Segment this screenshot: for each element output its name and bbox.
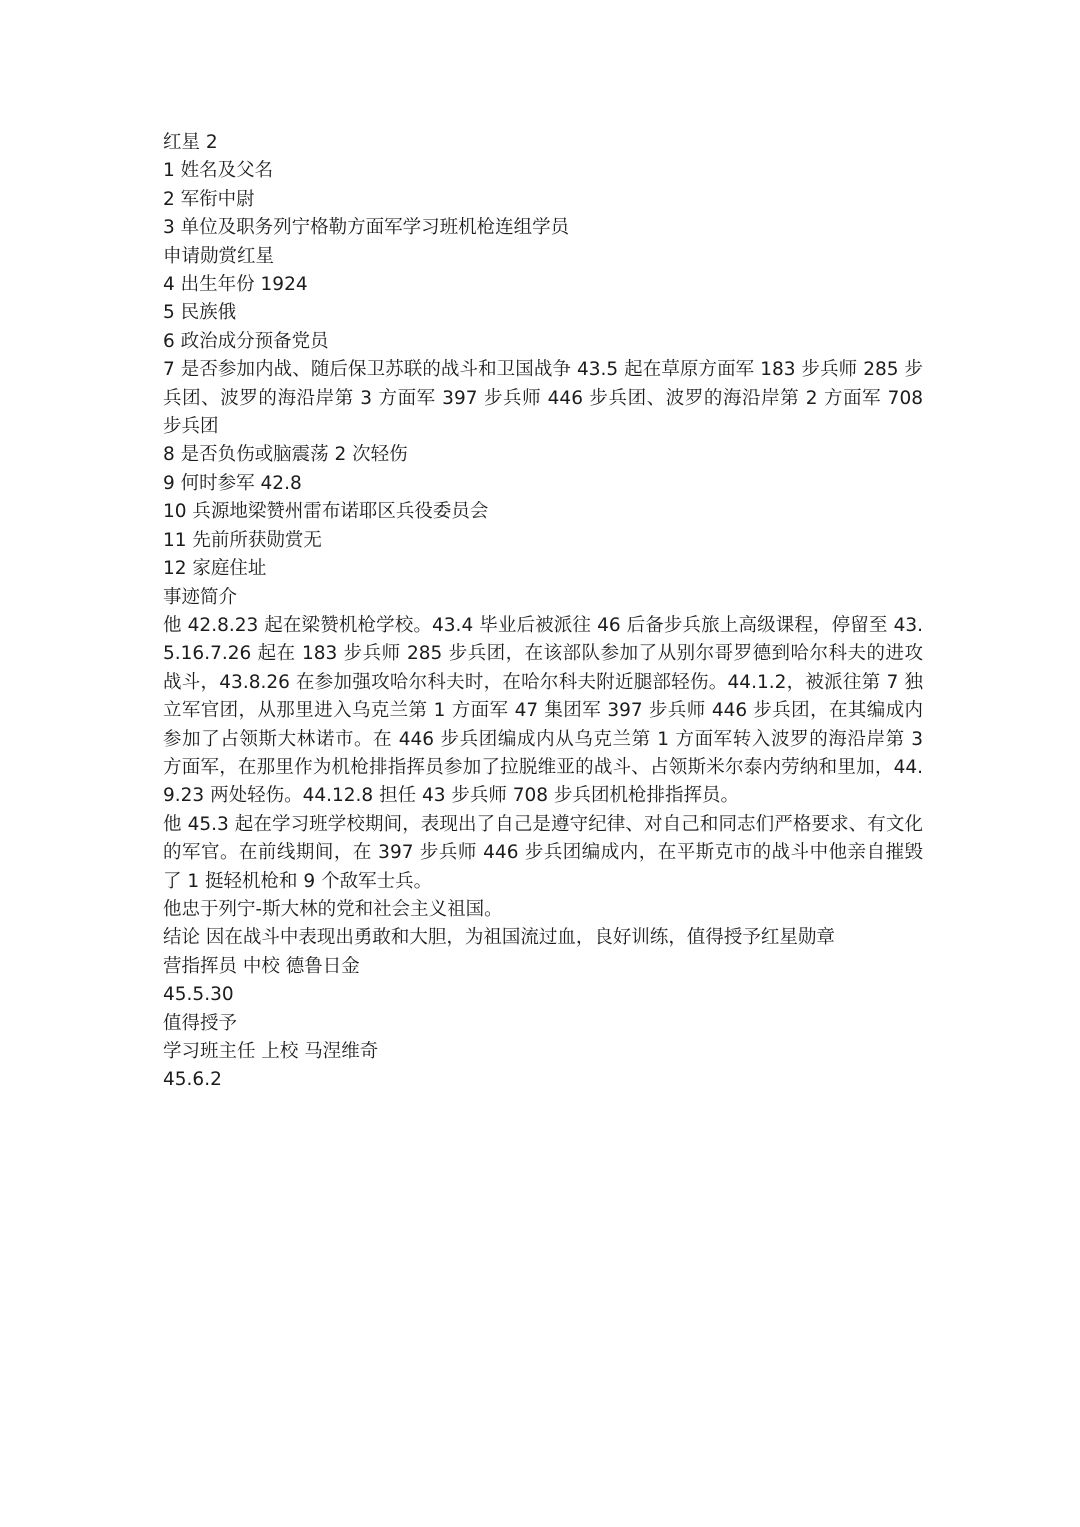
decision: 值得授予 [163, 1010, 923, 1038]
field-draft-office: 10 兵源地梁赞州雷布诺耶区兵役委员会 [163, 498, 923, 526]
award-request: 申请勋赏红星 [163, 243, 923, 271]
field-wounds: 8 是否负伤或脑震荡 2 次轻伤 [163, 441, 923, 469]
field-name: 1 姓名及父名 [163, 157, 923, 185]
document-title: 红星 2 [163, 129, 923, 157]
field-unit-position: 3 单位及职务列宁格勒方面军学习班机枪连组学员 [163, 214, 923, 242]
field-previous-awards: 11 先前所获勋赏无 [163, 527, 923, 555]
summary-heading: 事迹简介 [163, 584, 923, 612]
signature-1-date: 45.5.30 [163, 981, 923, 1009]
field-rank: 2 军衔中尉 [163, 186, 923, 214]
summary-paragraph: 他忠于列宁-斯大林的党和社会主义祖国。 [163, 896, 923, 924]
signer-2: 学习班主任 上校 马涅维奇 [163, 1038, 923, 1066]
field-birth-year: 4 出生年份 1924 [163, 271, 923, 299]
field-nationality: 5 民族俄 [163, 299, 923, 327]
signer-1: 营指挥员 中校 德鲁日金 [163, 953, 923, 981]
field-enlistment-date: 9 何时参军 42.8 [163, 470, 923, 498]
summary-paragraph: 他 42.8.23 起在梁赞机枪学校。43.4 毕业后被派往 46 后备步兵旅上… [163, 612, 923, 811]
field-home-address: 12 家庭住址 [163, 555, 923, 583]
field-war-participation: 7 是否参加内战、随后保卫苏联的战斗和卫国战争 43.5 起在草原方面军 183… [163, 356, 923, 441]
summary-paragraph: 他 45.3 起在学习班学校期间，表现出了自己是遵守纪律、对自己和同志们严格要求… [163, 811, 923, 896]
conclusion: 结论 因在战斗中表现出勇敢和大胆，为祖国流过血，良好训练，值得授予红星勋章 [163, 924, 923, 952]
field-party-status: 6 政治成分预备党员 [163, 328, 923, 356]
award-document: 红星 2 1 姓名及父名 2 军衔中尉 3 单位及职务列宁格勒方面军学习班机枪连… [163, 129, 923, 1095]
signature-2-date: 45.6.2 [163, 1066, 923, 1094]
